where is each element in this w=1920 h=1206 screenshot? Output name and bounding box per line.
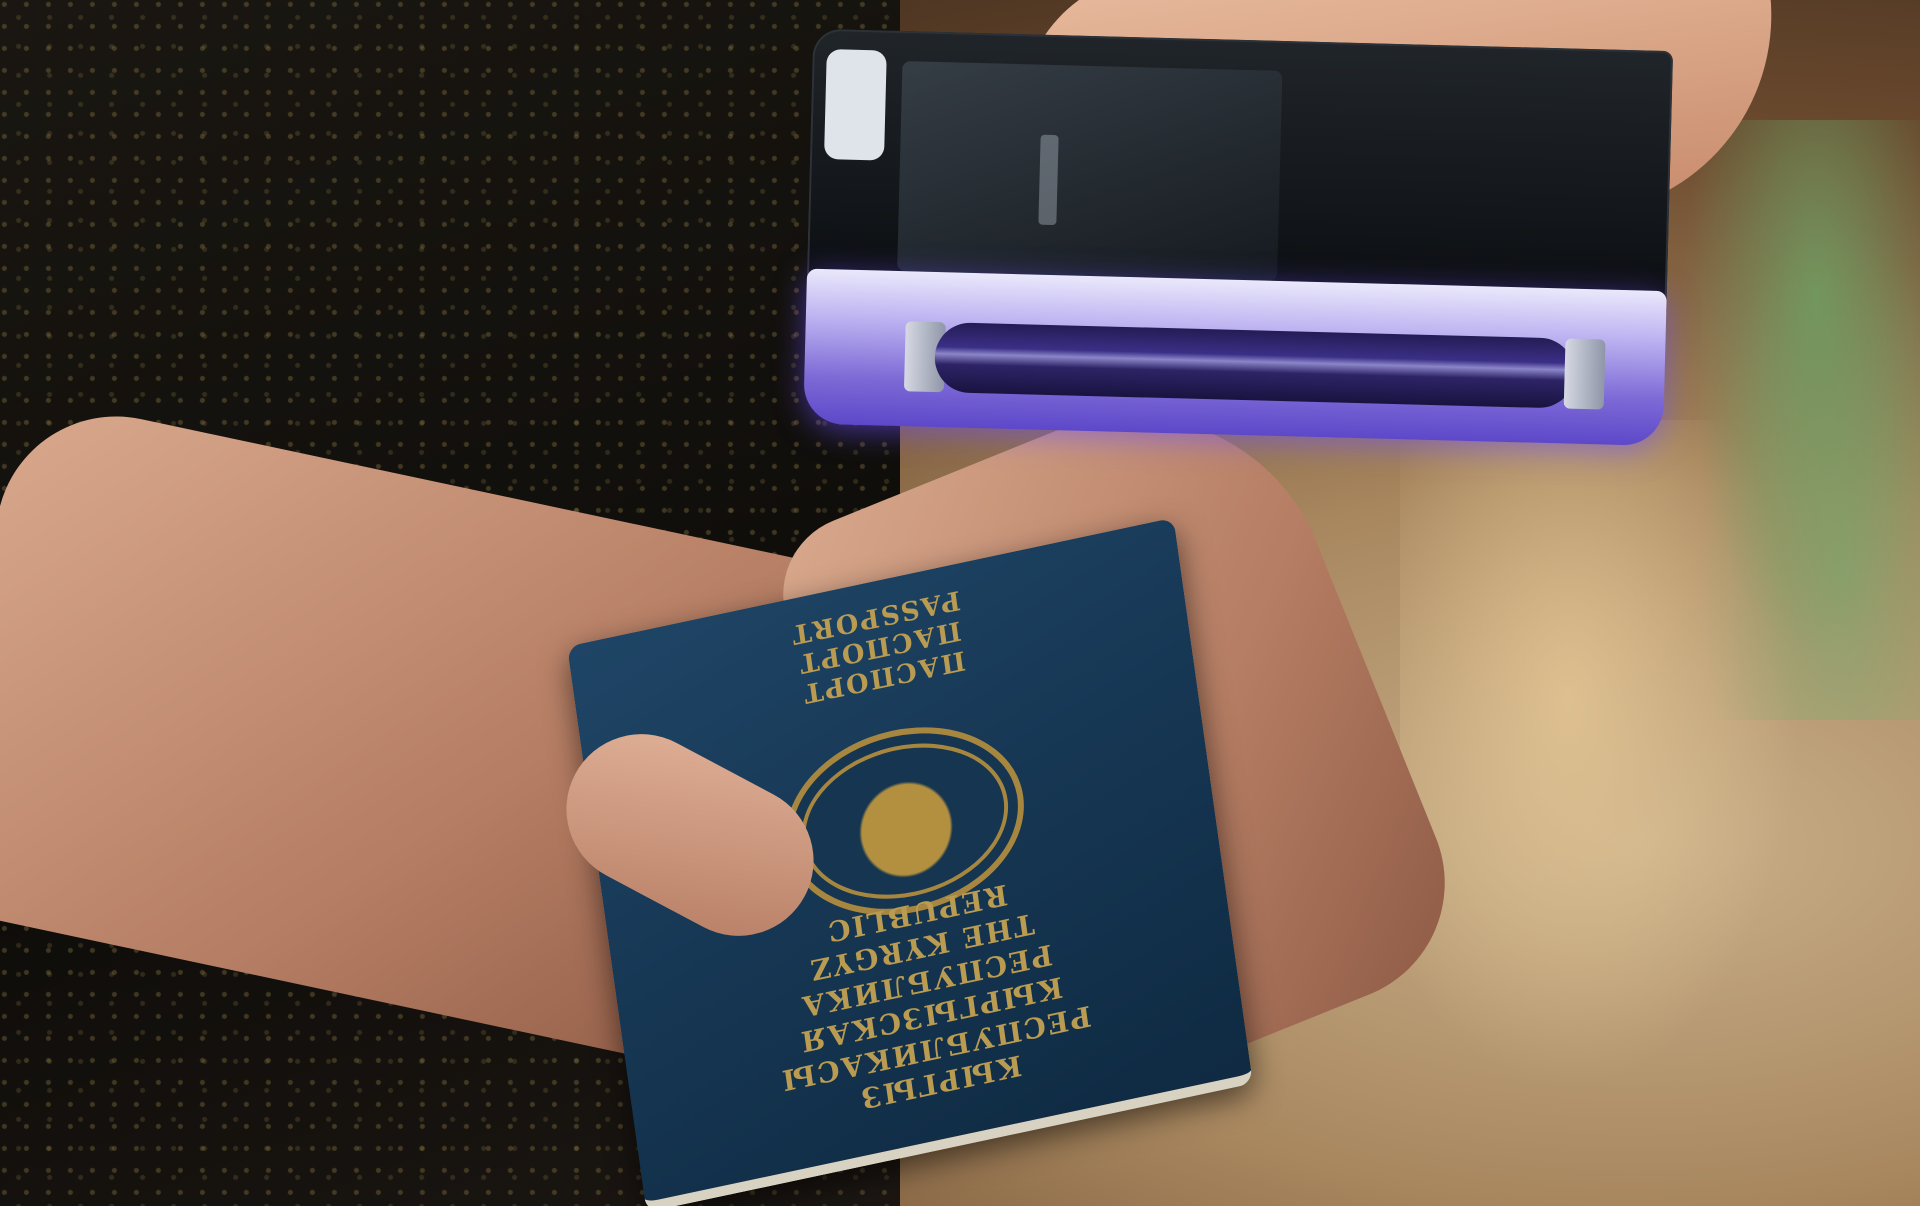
lamp-panel bbox=[897, 61, 1282, 281]
uv-tube-cap-right bbox=[1564, 338, 1606, 409]
uv-lamp bbox=[803, 29, 1683, 452]
lamp-label bbox=[1038, 135, 1058, 225]
uv-tube bbox=[934, 322, 1576, 409]
background-bokeh-plant bbox=[1660, 120, 1920, 720]
lamp-switch bbox=[824, 49, 887, 161]
uv-light-housing bbox=[803, 269, 1667, 446]
